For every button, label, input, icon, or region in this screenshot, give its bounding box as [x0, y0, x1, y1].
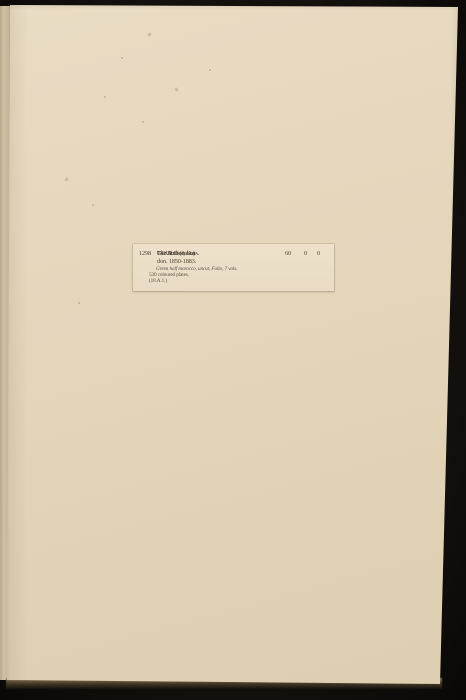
- foxing-spot: [209, 69, 211, 71]
- foxing-spot: [121, 57, 123, 59]
- entry-price-shillings: 0: [304, 251, 307, 257]
- entry-plates-note: 530 coloured plates.: [149, 273, 189, 278]
- photo-backdrop: 1298 GOULD (John) The Birds of Asia. The…: [0, 0, 466, 700]
- entry-imprint-continuation: don. 1850-1883.: [157, 259, 196, 265]
- entry-shelfmark: (18.A.1.): [149, 279, 167, 284]
- entry-imprint: The Author, Lon-: [157, 251, 197, 257]
- entry-binding-note: Green half morocco, uncut, Folio, 7 vols…: [156, 267, 237, 272]
- foxing-spot: [175, 88, 178, 91]
- entry-price-pounds: 60: [285, 251, 291, 257]
- book-page: 1298 GOULD (John) The Birds of Asia. The…: [0, 0, 466, 700]
- foxing-spot: [148, 33, 151, 36]
- catalog-label: 1298 GOULD (John) The Birds of Asia. The…: [133, 244, 334, 291]
- foxing-spot: [92, 204, 94, 206]
- foxing-spot: [104, 96, 106, 98]
- foxing-spot: [65, 178, 68, 181]
- entry-number: 1298: [139, 251, 151, 257]
- foxing-spot: [142, 121, 144, 123]
- foxing-spot: [78, 302, 80, 304]
- entry-price-pence: 0: [317, 251, 320, 257]
